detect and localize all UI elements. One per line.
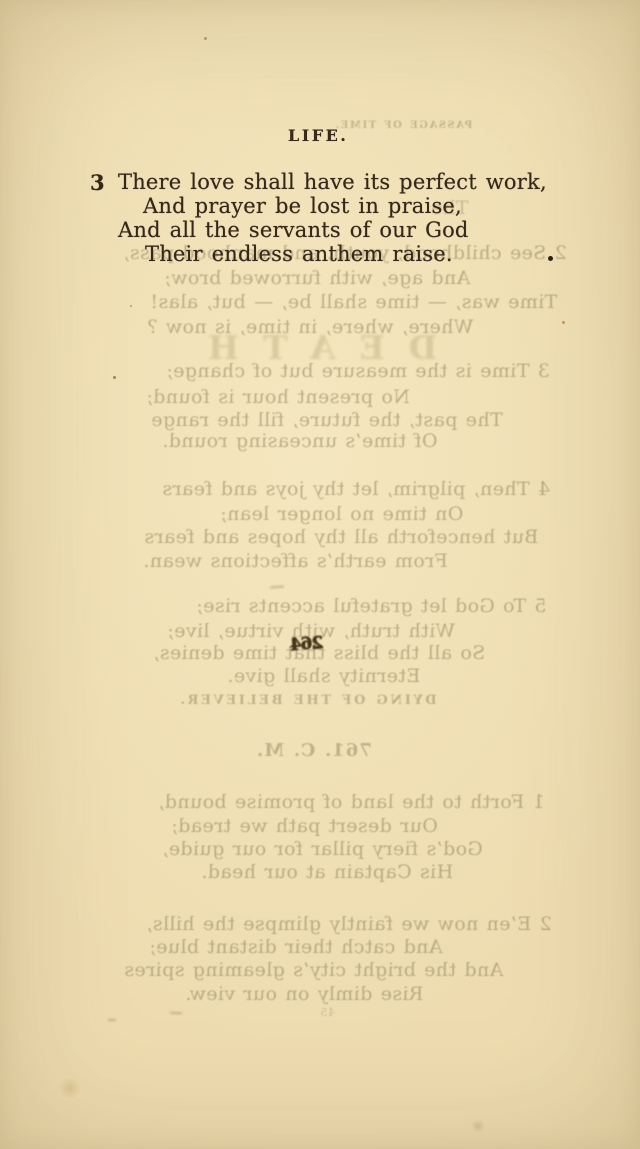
ink-speck — [548, 256, 553, 261]
verse-number: 3 — [90, 170, 105, 195]
running-header: LIFE. — [288, 126, 348, 145]
faint-smudge — [108, 1019, 116, 1021]
verse-line: There love shall have its perfect work, — [118, 170, 547, 194]
paper-stain — [470, 1120, 486, 1132]
ink-speck — [204, 37, 207, 40]
printed-layer: LIFE. 3 There love shall have its perfec… — [0, 0, 640, 1149]
verse-line: Their endless anthem raise. — [145, 242, 453, 266]
verse-line: And all the servants of our God — [118, 218, 469, 242]
scanned-book-page: PASSAGE OF TIME. The 2 See childhood, yo… — [0, 0, 640, 1149]
paper-stain — [58, 1078, 82, 1098]
ink-speck — [130, 305, 132, 307]
ink-speck — [562, 321, 565, 324]
ink-speck — [113, 376, 116, 379]
verse-line: And prayer be lost in praise, — [143, 194, 462, 218]
